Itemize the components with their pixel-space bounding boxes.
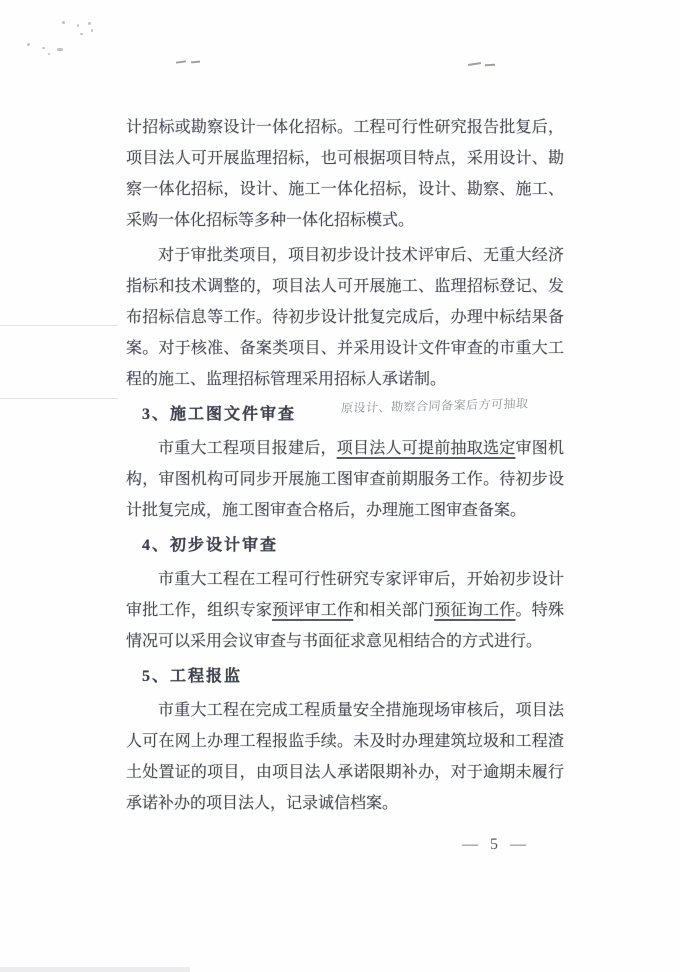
underlined-phrase: 预评审工作	[272, 602, 353, 619]
document-body: 计招标或勘察设计一体化招标。工程可行性研究报告批复后，项目法人可开展监理招标，也…	[126, 112, 564, 823]
paragraph-text: 对于审批类项目，项目初步设计技术评审后、无重大经济指标和技术调整的，项目法人可开…	[126, 247, 564, 388]
paragraph-text: 计招标或勘察设计一体化招标。工程可行性研究报告批复后，项目法人可开展监理招标，也…	[126, 119, 564, 229]
paragraph-text: 市重大工程在完成工程质量安全措施现场审核后，项目法人可在网上办理工程报监手续。未…	[126, 702, 564, 812]
pencil-dash	[191, 61, 200, 64]
pencil-dash	[468, 62, 481, 66]
pencil-speck	[48, 53, 50, 55]
pencil-dash	[485, 64, 495, 67]
pencil-speck	[62, 21, 65, 24]
pencil-speck	[88, 22, 91, 25]
section-5-heading-text: 5、工程报监	[142, 668, 242, 685]
page-number: — 5 —	[462, 836, 530, 854]
paragraph-text: 和相关部门	[353, 602, 434, 619]
pencil-speck	[80, 33, 83, 35]
section-5-heading: 5、工程报监	[126, 661, 564, 692]
section-4-heading-text: 4、初步设计审查	[142, 537, 278, 554]
paragraph-text: 市重大工程项目报建后，	[158, 440, 337, 457]
scan-line-artifact	[0, 325, 118, 326]
scanned-document-page: 计招标或勘察设计一体化招标。工程可行性研究报告批复后，项目法人可开展监理招标，也…	[0, 0, 680, 972]
pencil-dash	[176, 60, 186, 63]
scan-edge-artifact	[0, 967, 190, 972]
pencil-speck	[91, 29, 93, 32]
pencil-speck	[57, 48, 63, 51]
scan-line-artifact	[0, 398, 118, 399]
section-3-heading: 3、施工图文件审查 原设计、勘察合同备案后方可抽取	[126, 399, 564, 430]
section-4-heading: 4、初步设计审查	[126, 530, 564, 561]
pencil-speck	[42, 47, 45, 49]
underlined-phrase: 预征询工作	[434, 602, 515, 619]
underlined-phrase: 项目法人可提前抽取选定	[337, 440, 516, 457]
pencil-speck	[27, 43, 30, 46]
paragraph-preliminary-design: 市重大工程在工程可行性研究专家评审后，开始初步设计审批工作，组织专家预评审工作和…	[126, 564, 564, 657]
paragraph-project-supervision: 市重大工程在完成工程质量安全措施现场审核后，项目法人可在网上办理工程报监手续。未…	[126, 695, 564, 819]
handwritten-annotation: 原设计、勘察合同备案后方可抽取	[340, 389, 522, 425]
paragraph-bidding-modes: 计招标或勘察设计一体化招标。工程可行性研究报告批复后，项目法人可开展监理招标，也…	[126, 112, 564, 236]
pencil-speck	[77, 24, 79, 27]
paragraph-drawing-review: 市重大工程项目报建后，项目法人可提前抽取选定审图机构，审图机构可同步开展施工图审…	[126, 433, 564, 526]
section-3-heading-text: 3、施工图文件审查	[142, 406, 296, 423]
paragraph-approval-projects: 对于审批类项目，项目初步设计技术评审后、无重大经济指标和技术调整的，项目法人可开…	[126, 240, 564, 395]
